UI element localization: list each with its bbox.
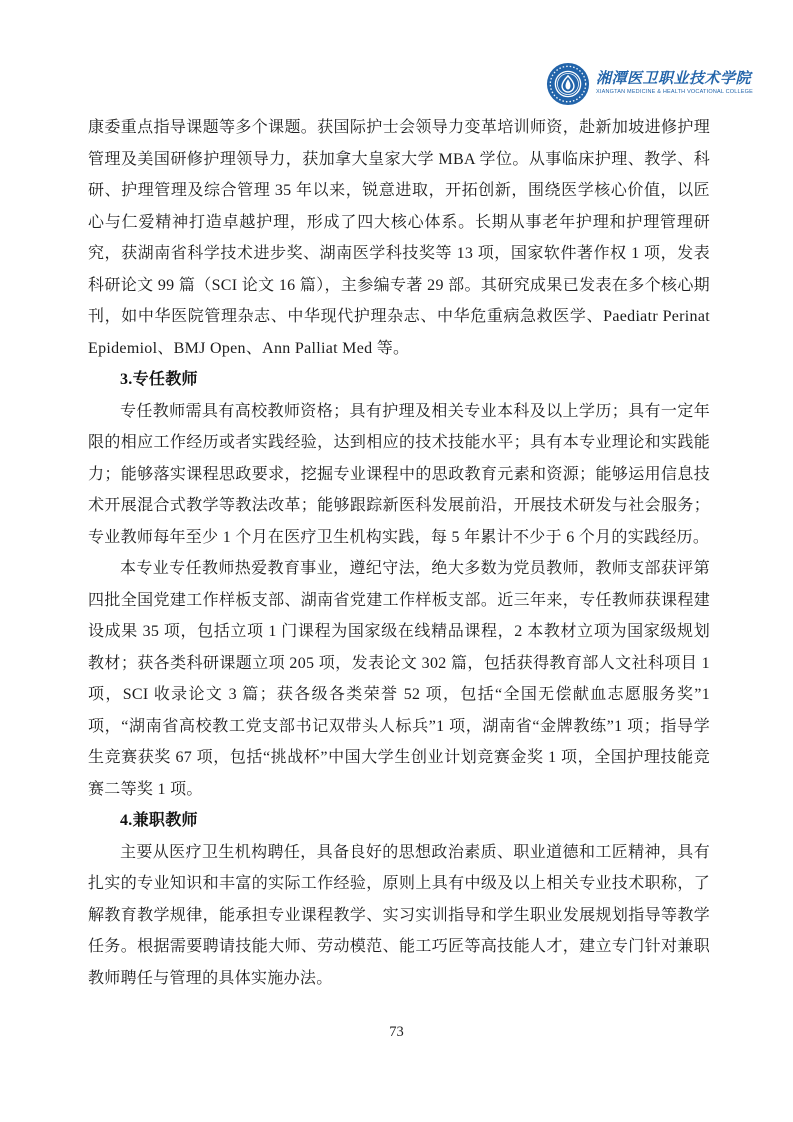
section-heading-part-time-teachers: 4.兼职教师: [88, 805, 710, 837]
paragraph-part-time-teachers: 主要从医疗卫生机构聘任，具备良好的思想政治素质、职业道德和工匠精神，具有扎实的专…: [88, 837, 710, 995]
document-body: 康委重点指导课题等多个课题。获国际护士会领导力变革培训师资，赴新加坡进修护理管理…: [88, 112, 710, 994]
paragraph-full-time-achievements: 本专业专任教师热爱教育事业，遵纪守法，绝大多数为党员教师，教师支部获评第四批全国…: [88, 553, 710, 805]
college-name-cn: 湘潭医卫职业技术学院: [596, 72, 753, 88]
college-logo: 湘潭医卫职业技术学院 XIANGTAN MEDICINE & HEALTH VO…: [546, 60, 696, 108]
paragraph-full-time-requirements: 专任教师需具有高校教师资格；具有护理及相关专业本科及以上学历；具有一定年限的相应…: [88, 396, 710, 554]
college-name-block: 湘潭医卫职业技术学院 XIANGTAN MEDICINE & HEALTH VO…: [596, 72, 753, 96]
paragraph-intro-continuation: 康委重点指导课题等多个课题。获国际护士会领导力变革培训师资，赴新加坡进修护理管理…: [88, 112, 710, 364]
college-seal-icon: [546, 62, 590, 106]
college-name-en: XIANGTAN MEDICINE & HEALTH VOCATIONAL CO…: [596, 90, 753, 96]
page-number: 73: [0, 1024, 793, 1041]
section-heading-full-time-teachers: 3.专任教师: [88, 364, 710, 396]
document-page: 湘潭医卫职业技术学院 XIANGTAN MEDICINE & HEALTH VO…: [0, 0, 793, 1122]
